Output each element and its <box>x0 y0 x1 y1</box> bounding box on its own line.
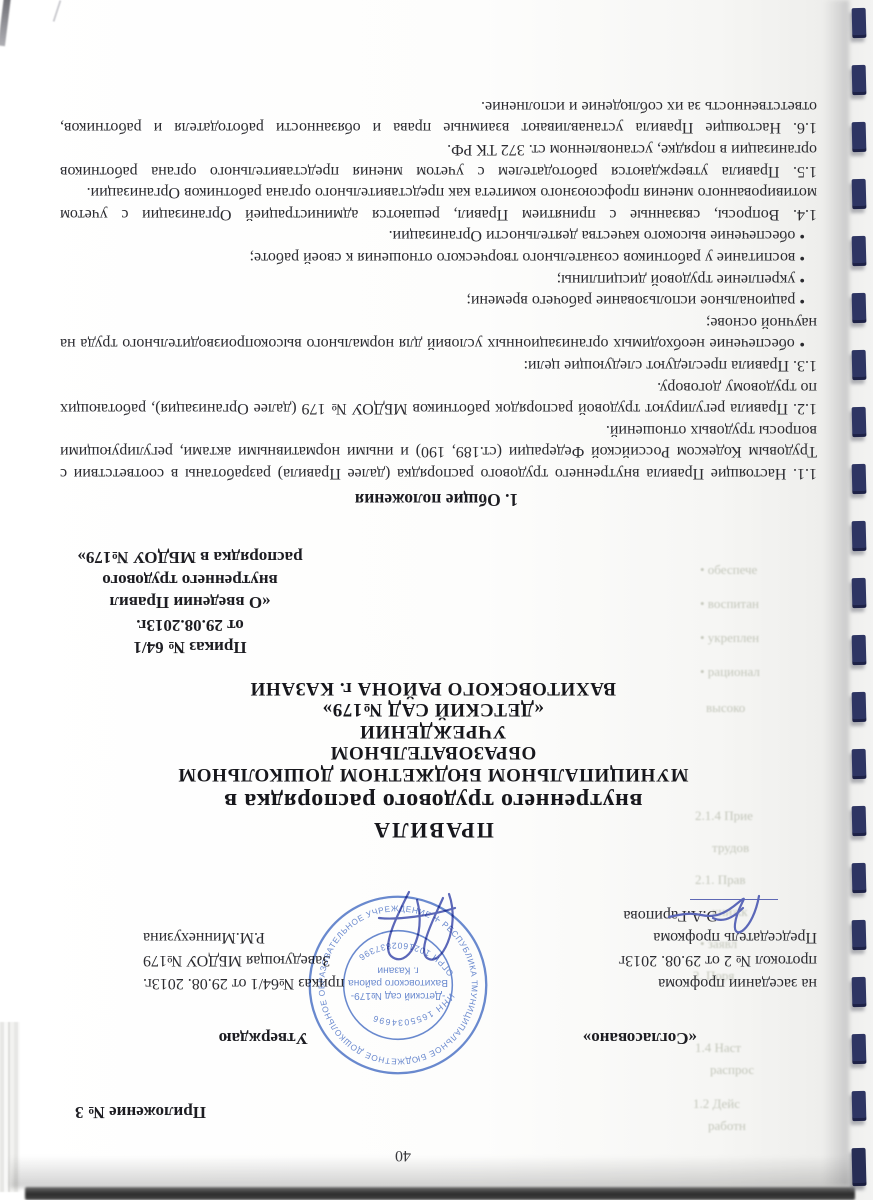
section-item-4: • рациональное использование рабочего вр… <box>60 290 817 312</box>
agreed-line-0: на заседании профкома <box>619 972 817 995</box>
organization-stamp: МУНИЦИПАЛЬНОЕ БЮДЖЕТНОЕ ДОШКОЛЬНОЕ ОБРАЗ… <box>301 888 495 1082</box>
order-line-2: «О введении Правил <box>62 591 318 613</box>
agreed-line-2: Председатель профкома <box>619 926 817 949</box>
title-line-6: ВАХИТОВСКОГО РАЙОНА г. КАЗАНИ <box>83 678 783 700</box>
title-line-4: УЧРЕЖДЕНИИ <box>83 721 783 743</box>
svg-text:г. Казани: г. Казани <box>377 965 418 976</box>
svg-text:Вахитовского района: Вахитовского района <box>348 977 448 988</box>
section-item-9: 1.5. Правила утверждаются работодателем … <box>60 139 817 182</box>
agreed-block: на заседании профкомапротокол № 2 от 29.… <box>619 926 817 995</box>
signature-line <box>690 899 778 900</box>
section-item-10: 1.6. Настоящие Правила устанавливают вза… <box>60 95 817 138</box>
scanned-document-page: { "page": { "number": "40", "appendix": … <box>0 0 873 1200</box>
section-body: 1.1. Настоящие Правила внутреннего трудо… <box>60 95 817 484</box>
title-line-2: МУНИЦИПАЛЬНОМ БЮДЖЕТНОМ ДОШКОЛЬНОМ <box>83 764 783 786</box>
section-item-2: 1.3. Правила преследуют следующие цели: <box>60 354 817 376</box>
section-item-6: • воспитание у работников сознательного … <box>60 246 817 268</box>
agreed-signatory-name: Э.А.Гарипова <box>623 906 717 924</box>
order-line-4: распорядка в МБДОУ №179» <box>62 546 318 568</box>
title-line-1: внутреннего трудового распорядка в <box>83 785 783 816</box>
title-line-3: ОБРАЗОВАТЕЛЬНОМ <box>83 742 783 764</box>
order-line-0: Приказ № 64/1 <box>62 636 318 658</box>
section-item-0: 1.1. Настоящие Правила внутреннего трудо… <box>60 419 817 484</box>
section-item-1: 1.2. Правила регулируют трудовой распоря… <box>60 376 817 419</box>
approve-label: Утверждаю <box>219 1028 308 1048</box>
order-line-1: от 29.08.2013г. <box>62 613 318 635</box>
page-number: 40 <box>373 1146 433 1164</box>
title-line-5: «ДЕТСКИЙ САД №179» <box>83 699 783 721</box>
document-title: ПРАВИЛАвнутреннего трудового распорядка … <box>83 678 783 845</box>
order-line-3: внутреннего трудового <box>62 568 318 590</box>
document-content-rotated: 40 Приложение № 3 «Согласовано» Утвержда… <box>0 0 873 1200</box>
agreed-label: «Согласовано» <box>583 1028 697 1048</box>
section-item-5: • укрепление трудовой дисциплины; <box>60 268 817 290</box>
title-line-0: ПРАВИЛА <box>83 816 783 844</box>
section-heading: 1. Общие положения <box>0 489 873 510</box>
agreed-line-1: протокол № 2 от 29.08. 2013г <box>619 949 817 972</box>
svg-text:-Детский сад №179-: -Детский сад №179- <box>351 990 446 1001</box>
section-item-8: 1.4. Вопросы, связанные с принятием Прав… <box>60 182 817 225</box>
appendix-label: Приложение № 3 <box>75 1102 206 1122</box>
section-item-7: • обеспечение высокого качества деятельн… <box>60 225 817 247</box>
section-item-3: • обеспечение необходимых организационны… <box>60 311 817 354</box>
order-reference-block: Приказ № 64/1от 29.08.2013г.«О введении … <box>62 546 318 658</box>
